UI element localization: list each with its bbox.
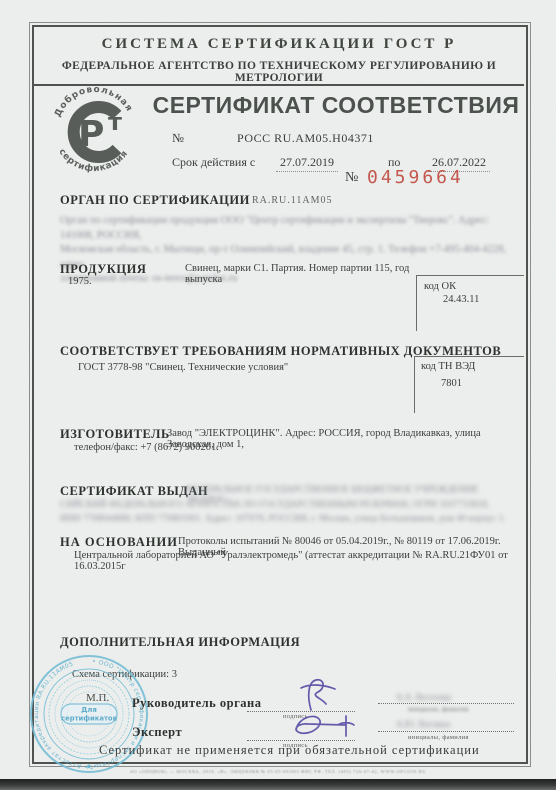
head-of-body-label: Руководитель органа <box>132 696 261 711</box>
certification-body-stamp-icon: • ООО "Центр сертификации и экспертизы" … <box>24 650 154 778</box>
code-ok-value: 24.43.11 <box>443 294 479 305</box>
org-blurred-line: Орган по сертификации продукции ООО "Цен… <box>60 214 512 243</box>
document-title: СЕРТИФИКАТ СООТВЕТСТВИЯ <box>150 92 522 119</box>
product-label-sub: 1975. <box>68 276 92 287</box>
code-tn-value: 7801 <box>441 378 462 389</box>
expert-label: Эксперт <box>132 725 182 740</box>
stamp-center-line2: сертификатов <box>61 715 117 723</box>
expert-name-caption: инициалы, фамилия <box>408 734 469 741</box>
blank-no-symbol: № <box>345 170 358 186</box>
expert-name-line <box>378 718 514 732</box>
system-title: СИСТЕМА СЕРТИФИКАЦИИ ГОСТ Р <box>31 36 527 53</box>
expert-ink-signature-icon <box>288 710 362 742</box>
manufacturer-label: ИЗГОТОВИТЕЛЬ <box>60 427 170 442</box>
validity-date-from: 27.07.2019 <box>276 155 338 172</box>
rst-voluntary-certification-logo: Добровольная сертификация Р т <box>42 87 146 179</box>
logo-letter-r: Р <box>78 114 104 155</box>
printer-info: АО «ОПЦИОН» — МОСКВА, 2018, «В». ЛИЦЕНЗИ… <box>0 769 556 774</box>
issued-blurred-line: ИНН 7708044880, КПП 770801001. Адрес: 10… <box>60 514 520 524</box>
header-divider <box>34 84 524 86</box>
stamp-center-line1: Для <box>81 706 97 714</box>
reg-number: РОСС RU.АМ05.Н04371 <box>237 131 374 146</box>
head-ink-signature-icon <box>293 676 349 714</box>
head-name-caption: инициалы, фамилия <box>408 706 469 713</box>
manufacturer-line2: телефон/факс: +7 (8672) 900201. <box>74 442 219 453</box>
agency-title: ФЕДЕРАЛЬНОЕ АГЕНТСТВО ПО ТЕХНИЧЕСКОМУ РЕ… <box>31 60 527 84</box>
code-tn-box-top <box>414 356 524 357</box>
certificate-page: СИСТЕМА СЕРТИФИКАЦИИ ГОСТ Р ФЕДЕРАЛЬНОЕ … <box>0 0 556 790</box>
reg-no-symbol: № <box>172 131 184 146</box>
code-tn-label: код ТН ВЭД <box>421 361 475 372</box>
org-label: ОРГАН ПО СЕРТИФИКАЦИИ <box>60 193 250 208</box>
code-ok-box-top <box>416 275 524 276</box>
head-name-line <box>378 690 514 704</box>
manufacturer-line1: Завод "ЭЛЕКТРОЦИНК". Адрес: РОССИЯ, горо… <box>167 428 517 450</box>
code-ok-label: код ОК <box>424 281 456 292</box>
footer-note: Сертификат не применяется при обязательн… <box>99 743 480 758</box>
code-tn-box-left <box>414 356 415 413</box>
additional-label: ДОПОЛНИТЕЛЬНАЯ ИНФОРМАЦИЯ <box>60 635 300 650</box>
org-code: RA.RU.11АМ05 <box>252 195 333 206</box>
logo-letter-t: т <box>108 108 122 136</box>
conformity-document: ГОСТ 3778-98 "Свинец. Технические услови… <box>78 362 398 373</box>
blank-serial-number: 0459664 <box>367 167 464 188</box>
issued-blurred-line: СИЙСКИЙ ФЕДЕРАЛЬНОГО АГЕНТСТВА ПО ГОСУДА… <box>60 500 520 510</box>
basis-label: НА ОСНОВАНИИ <box>60 535 178 550</box>
product-label: ПРОДУКЦИЯ <box>60 262 146 277</box>
product-description: Свинец, марки С1. Партия. Номер партии 1… <box>185 263 413 285</box>
basis-line2: Центральной лабораторией АО "Уралэлектро… <box>74 550 524 572</box>
code-ok-box-left <box>416 275 417 331</box>
validity-prefix: Срок действия с <box>172 155 255 170</box>
scan-edge-band <box>0 779 556 790</box>
